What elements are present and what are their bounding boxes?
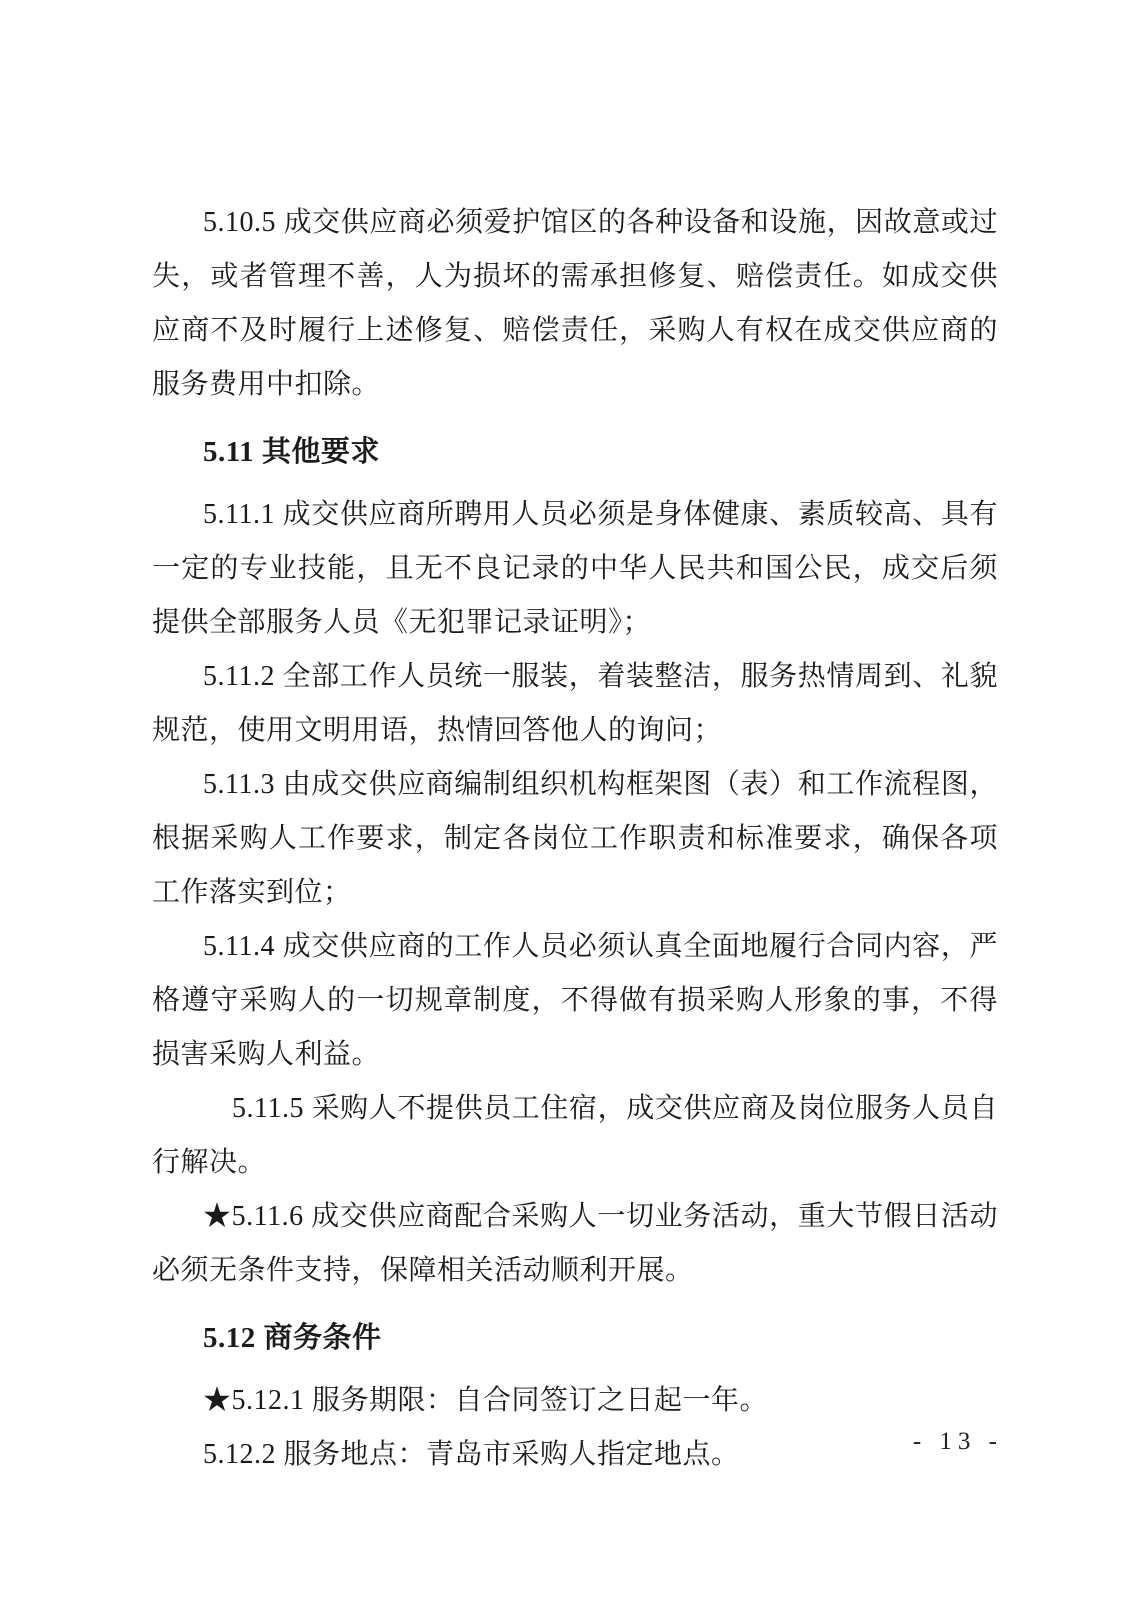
document-page: 5.10.5 成交供应商必须爱护馆区的各种设备和设施，因故意或过失，或者管理不善… [0, 0, 1131, 1600]
heading-5-12-business-terms: 5.12 商务条件 [152, 1311, 998, 1365]
paragraph-5-11-2: 5.11.2 全部工作人员统一服装，着装整洁，服务热情周到、礼貌规范，使用文明用… [152, 650, 998, 758]
paragraph-5-10-5: 5.10.5 成交供应商必须爱护馆区的各种设备和设施，因故意或过失，或者管理不善… [152, 196, 998, 412]
page-number: - 13 - [913, 1428, 1003, 1456]
paragraph-5-11-5: 5.11.5 采购人不提供员工住宿，成交供应商及岗位服务人员自行解决。 [152, 1082, 998, 1190]
heading-5-11-other-requirements: 5.11 其他要求 [152, 425, 998, 479]
paragraph-5-12-2: 5.12.2 服务地点：青岛市采购人指定地点。 [152, 1428, 998, 1482]
paragraph-5-12-1-starred: ★5.12.1 服务期限：自合同签订之日起一年。 [152, 1374, 998, 1428]
paragraph-5-11-3: 5.11.3 由成交供应商编制组织机构框架图（表）和工作流程图，根据采购人工作要… [152, 758, 998, 920]
paragraph-5-11-4: 5.11.4 成交供应商的工作人员必须认真全面地履行合同内容，严格遵守采购人的一… [152, 920, 998, 1082]
paragraph-5-11-6-starred: ★5.11.6 成交供应商配合采购人一切业务活动，重大节假日活动必须无条件支持，… [152, 1190, 998, 1298]
paragraph-5-11-1: 5.11.1 成交供应商所聘用人员必须是身体健康、素质较高、具有一定的专业技能，… [152, 488, 998, 650]
